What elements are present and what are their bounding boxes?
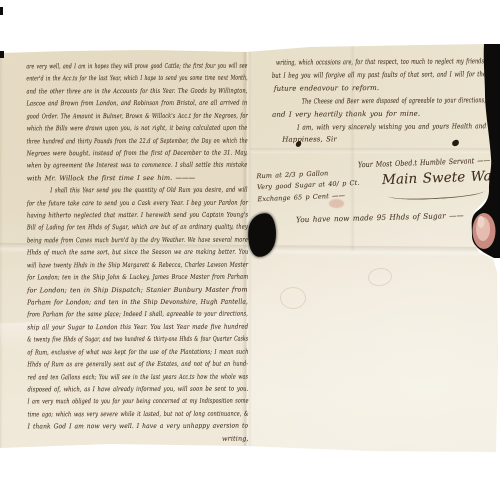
edge-mark <box>0 7 3 15</box>
embossed-stamp-stain <box>367 266 393 287</box>
handwritten-line: Hhds of much the same sort, but since th… <box>27 246 205 259</box>
handwritten-line: I shall this Year send you the quantity … <box>27 184 200 197</box>
handwritten-line: which the Bills were drawn upon you, is … <box>27 122 200 135</box>
right-page-text: writing, which occasions are, for that r… <box>272 55 487 147</box>
handwritten-line: I thank God I am now very well. I have a… <box>28 420 232 433</box>
handwritten-line: three hundred and thirty Pounds from the… <box>27 134 191 147</box>
handwritten-line: and the other three are in the Accounts … <box>26 85 200 98</box>
price-memoranda: Rum at 2/3 p GallonVery good Sugar at 40… <box>256 167 361 206</box>
handwritten-line: Parham for London; and ten in the Ship D… <box>27 296 231 309</box>
handwritten-line: being made from Canes much burn'd by the… <box>27 234 199 247</box>
handwritten-line: from Parham for the same place; Indeed I… <box>27 308 205 321</box>
handwritten-line: & twenty five Hhds of Sugar, and two hun… <box>27 333 184 346</box>
closing-text: Your Most Obed.t Humble Servant —— <box>358 156 469 169</box>
tally-text: You have now made 95 Hhds of Sugar —— <box>296 211 458 224</box>
handwritten-line: future endeavour to reform. <box>272 81 486 95</box>
handwritten-line: ship all your Sugar to London this Year.… <box>27 321 216 334</box>
handwritten-line: having hitherto neglected that matter. I… <box>27 209 211 222</box>
handwritten-line: Lascoe and Brown from London, and Robins… <box>26 97 204 110</box>
fold-crease-right-page <box>250 148 495 154</box>
edge-mark <box>0 51 4 58</box>
left-page-text: are very well, and I am in hopes they wi… <box>26 60 248 446</box>
handwritten-line: are very well, and I am in hopes they wi… <box>26 60 183 73</box>
sugar-tally-line: You have now made 95 Hhds of Sugar —— <box>296 211 464 224</box>
handwritten-line: Negroes were bought, instead of from the… <box>27 147 208 160</box>
handwritten-line: good Order. The Amount in Bulmer, Brown … <box>27 109 197 122</box>
handwritten-line: The Cheese and Beer were disposed of agr… <box>272 94 424 108</box>
handwritten-line: for the future take care to send you a C… <box>27 196 204 209</box>
handwritten-line: for London; ten in Ship Dispatch; Stanie… <box>27 283 244 296</box>
right-edge-backdrop-and-seal <box>470 40 500 262</box>
embossed-stamp-stain <box>280 287 306 309</box>
handwritten-line: Bill of Lading for ten Hhds of Sugar, wh… <box>27 221 201 234</box>
handwritten-line: will have twenty Hhds in the Ship Margar… <box>27 259 197 272</box>
handwritten-line: writing, <box>28 432 249 445</box>
handwritten-line: with Mr. Willock the first time I see hi… <box>27 171 248 184</box>
handwritten-line: of Rum, exclusive of what was kept for t… <box>27 345 201 358</box>
handwritten-line: I am very much obliged to you for your b… <box>27 395 194 408</box>
handwritten-line: enter'd in the Acc.ts for the last Year,… <box>26 72 183 85</box>
handwritten-line: Hhds of Rum as are generally sent out of… <box>27 358 201 371</box>
handwritten-line: but I beg you will forgive all my past f… <box>272 69 435 83</box>
handwritten-line: when by agreement the Interest was to co… <box>27 159 205 172</box>
handwritten-line: red and ten Gallons each; You will see i… <box>27 370 194 383</box>
handwritten-line: writing, which occasions are, for that r… <box>272 56 422 70</box>
handwritten-line: time ago; which was very severe while it… <box>28 408 201 421</box>
letter-photograph: are very well, and I am in hopes they wi… <box>0 0 500 500</box>
handwritten-line: for London; ten in the Ship John & Lucke… <box>27 271 205 284</box>
handwritten-line: I am, with very sincerely wishing you an… <box>272 120 450 134</box>
wax-smudge <box>329 199 344 208</box>
wax-seal-highlight <box>478 216 485 228</box>
handwritten-line: disposed of, which, as I have already in… <box>27 383 206 396</box>
